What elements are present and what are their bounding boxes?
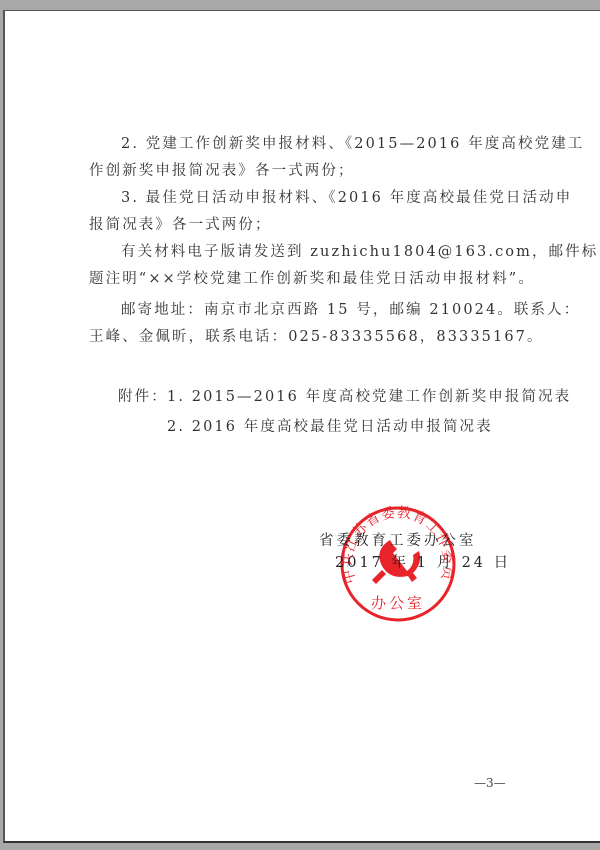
paragraph-line: 王峰、金佩昕，联系电话：025-83335568，83335167。 <box>89 328 544 346</box>
signature-date: 2017 年 1 月 24 日 <box>335 551 511 572</box>
paragraph-line: 邮寄地址：南京市北京西路 15 号，邮编 210024。联系人： <box>121 301 580 319</box>
paragraph-line: 题注明“××学校党建工作创新奖和最佳党日活动申报材料”。 <box>89 270 535 288</box>
paragraph-line: 作创新奖申报简况表》各一式两份； <box>89 162 355 180</box>
paragraph-line: 有关材料电子版请发送到 zuzhichu1804@163.com，邮件标 <box>121 243 598 261</box>
page-number: —3— <box>474 776 506 790</box>
paragraph-line: 3. 最佳党日活动申报材料、《2016 年度高校最佳党日活动申 <box>121 189 572 207</box>
paragraph-line: 报简况表》各一式两份； <box>89 216 272 234</box>
attachment-item: 2. 2016 年度高校最佳党日活动申报简况表 <box>167 418 493 436</box>
document-page: 2. 党建工作创新奖申报材料、《2015—2016 年度高校党建工 作创新奖申报… <box>3 10 600 843</box>
attachments-label: 附件： <box>118 388 168 406</box>
paragraph-line: 2. 党建工作创新奖申报材料、《2015—2016 年度高校党建工 <box>121 135 584 153</box>
attachment-item: 1. 2015—2016 年度高校党建工作创新奖申报简况表 <box>167 388 571 406</box>
svg-text:办公室: 办公室 <box>371 594 425 612</box>
signature-organization: 省委教育工委办公室 <box>319 529 477 550</box>
